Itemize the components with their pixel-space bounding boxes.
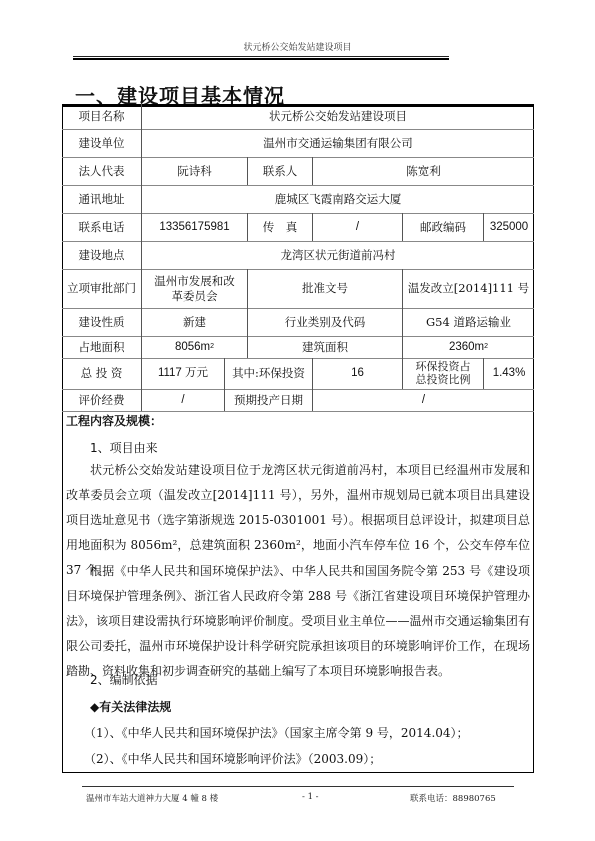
label-approval-no: 批准文号 [248, 269, 403, 308]
label-address: 通讯地址 [62, 185, 142, 213]
label-prod-date: 预期投产日期 [225, 389, 313, 411]
value-builder: 温州市交通运输集团有限公司 [142, 129, 534, 157]
table-row: 通讯地址 鹿城区飞霞南路交运大厦 [62, 185, 534, 214]
label-contact: 联系人 [248, 157, 313, 185]
law-item-1: （1）、《中华人民共和国环境保护法》（国家主席令第 9 号，2014.04）； [84, 724, 548, 741]
value-industry: G54 道路运输业 [403, 308, 534, 336]
value-site: 龙湾区状元街道前冯村 [142, 241, 534, 269]
header-rule-thin [73, 56, 449, 57]
value-contact: 陈宽利 [313, 157, 534, 185]
label-fax: 传 真 [248, 213, 313, 241]
table-row: 法人代表 阮诗科 联系人 陈宽利 [62, 157, 534, 186]
label-env-invest: 其中:环保投资 [225, 358, 313, 389]
value-total-invest: 1117 万元 [142, 358, 225, 389]
value-env-invest: 16 [313, 358, 403, 389]
page-number: - 1 - [302, 792, 319, 802]
subheading-origin: 1、项目由来 [90, 439, 554, 456]
table-row: 占地面积 8056m2 建筑面积 2360m2 [62, 336, 534, 359]
label-builder: 建设单位 [62, 129, 142, 157]
label-eval-fee: 评价经费 [62, 389, 142, 411]
label-land-area: 占地面积 [62, 336, 142, 358]
label-total-invest: 总 投 资 [62, 358, 142, 389]
table-row: 建设地点 龙湾区状元街道前冯村 [62, 241, 534, 270]
label-build-area: 建筑面积 [248, 336, 403, 358]
value-phone: 13356175981 [142, 213, 248, 241]
table-row: 立项审批部门 温州市发展和改革委员会 批准文号 温发改立[2014]111 号 [62, 269, 534, 309]
footer-rule [82, 786, 514, 787]
value-legal-rep: 阮诗科 [142, 157, 248, 185]
label-env-ratio: 环保投资占总投资比例 [403, 358, 484, 389]
value-build-area: 2360m2 [403, 336, 534, 358]
value-address: 鹿城区飞霞南路交运大厦 [142, 185, 534, 213]
label-industry: 行业类别及代码 [248, 308, 403, 336]
value-eval-fee: / [142, 389, 225, 411]
subheading-basis: 2、编制依据 [90, 671, 554, 688]
label-postcode: 邮政编码 [403, 213, 484, 241]
value-postcode: 325000 [484, 213, 534, 241]
value-project-name: 状元桥公交始发站建设项目 [142, 104, 534, 129]
table-row: 总 投 资 1117 万元 其中:环保投资 16 环保投资占总投资比例 1.43… [62, 358, 534, 390]
table-row: 建设性质 新建 行业类别及代码 G54 道路运输业 [62, 308, 534, 337]
value-env-ratio: 1.43% [484, 358, 534, 389]
label-site: 建设地点 [62, 241, 142, 269]
value-approval-dept: 温州市发展和改革委员会 [142, 269, 248, 308]
content-heading: 工程内容及规模： [66, 412, 530, 429]
running-title: 状元桥公交始发站建设项目 [0, 40, 595, 53]
value-fax: / [313, 213, 403, 241]
value-prod-date: / [313, 389, 534, 411]
label-approval-dept: 立项审批部门 [62, 269, 142, 308]
law-item-2: （2）、《中华人民共和国环境影响评价法》（2003.09）； [84, 750, 548, 767]
label-nature: 建设性质 [62, 308, 142, 336]
value-nature: 新建 [142, 308, 248, 336]
table-row: 评价经费 / 预期投产日期 / [62, 389, 534, 412]
table-row: 联系电话 13356175981 传 真 / 邮政编码 325000 [62, 213, 534, 242]
value-land-area: 8056m2 [142, 336, 248, 358]
table-row: 建设单位 温州市交通运输集团有限公司 [62, 129, 534, 158]
value-approval-no: 温发改立[2014]111 号 [403, 269, 534, 308]
header-rule-thick [73, 58, 449, 60]
footer-address: 温州市车站大道神力大厦 4 幢 8 楼 [86, 792, 218, 804]
footer-phone: 联系电话：88980765 [410, 792, 496, 804]
label-legal-rep: 法人代表 [62, 157, 142, 185]
table-row: 项目名称 状元桥公交始发站建设项目 [62, 104, 534, 130]
label-project-name: 项目名称 [62, 104, 142, 129]
paragraph-legal-basis: 根据《中华人民共和国环境保护法》、中华人民共和国国务院令第 253 号《建设项目… [66, 559, 530, 684]
label-phone: 联系电话 [62, 213, 142, 241]
subheading-laws: ◆有关法律法规 [90, 698, 554, 715]
